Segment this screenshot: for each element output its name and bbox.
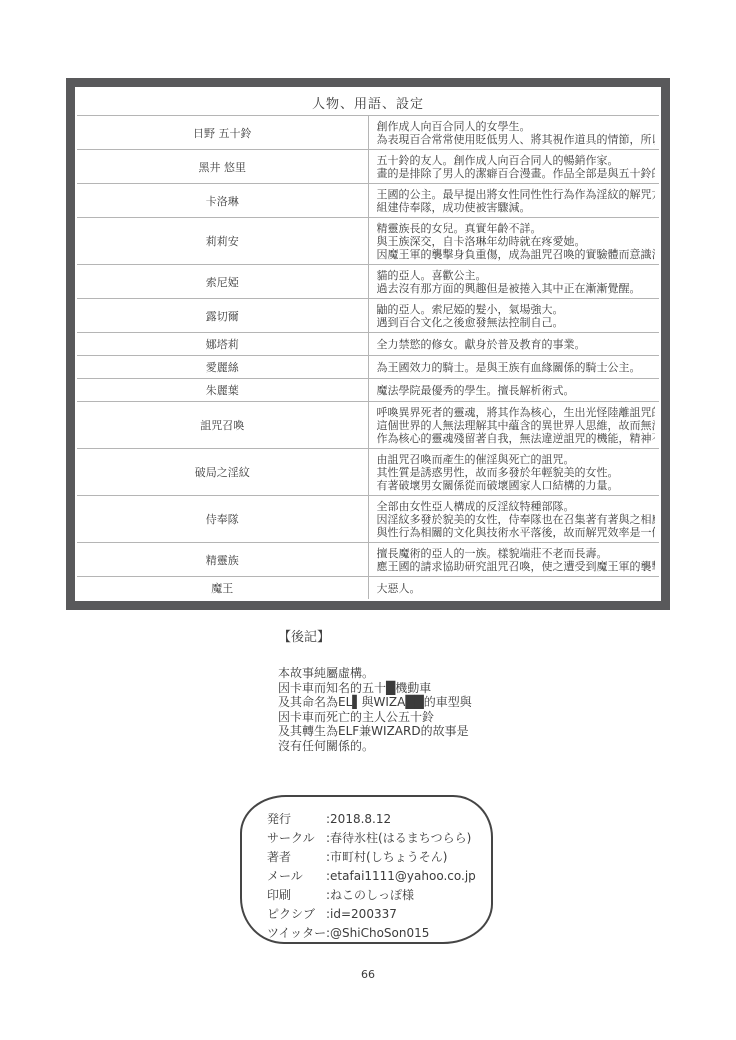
- afterword-section: 【後記】 本故事純屬虛構。 因卡車而知名的五十█機動車 及其命名為EL▌與WIZ…: [278, 630, 472, 753]
- table-row: 破局之淫紋 由詛咒召喚而產生的催淫與死亡的詛咒。 其性質是誘惑男性，故而多發於年…: [77, 449, 659, 496]
- term-name-cell: 破局之淫紋: [77, 449, 368, 496]
- afterword-line: 沒有任何關係的。: [278, 739, 472, 754]
- term-description-cell: 擅長魔術的亞人的一族。樣貌端莊不老而長壽。 應王國的請求協助研究詛咒召喚，使之遭…: [368, 543, 659, 577]
- description-line: 魔法學院最優秀的學生。擅長解析術式。: [377, 384, 656, 397]
- colophon-label: 著者: [267, 848, 326, 867]
- colophon-label: ピクシブ: [267, 905, 326, 924]
- description-line: 這個世界的人無法理解其中蘊含的異世界人思維，故而無法進行解析或防禦。: [377, 419, 656, 432]
- description-line: 組建侍奉隊，成功使被害驟減。: [377, 201, 656, 214]
- term-description-cell: 大惡人。: [368, 577, 659, 600]
- description-line: 由詛咒召喚而產生的催淫與死亡的詛咒。: [377, 453, 656, 466]
- description-line: 擅長魔術的亞人的一族。樣貌端莊不老而長壽。: [377, 547, 656, 560]
- table-row: 侍奉隊 全部由女性亞人構成的反淫紋特種部隊。 因淫紋多發於貌美的女性，侍奉隊也在…: [77, 496, 659, 543]
- afterword-title: 【後記】: [278, 630, 472, 646]
- term-description-cell: 精靈族長的女兒。真實年齡不詳。 與王族深交，自卡洛琳年幼時就在疼愛她。 因魔王軍…: [368, 218, 659, 265]
- description-line: 精靈族長的女兒。真實年齡不詳。: [377, 222, 656, 235]
- colophon-value: :ねこのしっぽ様: [326, 886, 414, 905]
- description-line: 作為核心的靈魂殘留著自我，無法違逆詛咒的機能，精神不會損耗。: [377, 432, 656, 445]
- description-line: 因魔王軍的襲擊身負重傷，成為詛咒召喚的實驗體而意識消失。: [377, 248, 656, 261]
- colophon-value: :2018.8.12: [326, 810, 391, 829]
- table-row: 索尼婭 貓的亞人。喜歡公主。 過去沒有那方面的興趣但是被捲入其中正在漸漸覺醒。: [77, 265, 659, 299]
- term-description-cell: 全力禁慾的修女。獻身於普及教育的事業。: [368, 333, 659, 356]
- colophon-value: :春待氷柱(はるまちつらら): [326, 829, 471, 848]
- description-line: 鼬的亞人。索尼婭的髮小，氣場強大。: [377, 303, 656, 316]
- description-line: 遇到百合文化之後愈發無法控制自己。: [377, 316, 656, 329]
- afterword-body: 本故事純屬虛構。 因卡車而知名的五十█機動車 及其命名為EL▌與WIZA██的車…: [278, 666, 472, 753]
- term-name-cell: 詛咒召喚: [77, 402, 368, 449]
- colophon-label: 発行: [267, 810, 326, 829]
- description-line: 大惡人。: [377, 582, 656, 595]
- description-line: 為表現百合常常使用貶低男人、將其視作道具的情節，所以也常常引發炎上。: [377, 133, 656, 146]
- term-name-cell: 精靈族: [77, 543, 368, 577]
- term-name-cell: 索尼婭: [77, 265, 368, 299]
- term-description-cell: 為王國效力的騎士。是與王族有血緣關係的騎士公主。: [368, 356, 659, 379]
- term-name-cell: 魔王: [77, 577, 368, 600]
- description-line: 全力禁慾的修女。獻身於普及教育的事業。: [377, 338, 656, 351]
- term-name-cell: 卡洛琳: [77, 184, 368, 218]
- description-line: 畫的是排除了男人的潔癖百合漫畫。作品全部是與五十鈴的妄想PLAY。: [377, 167, 656, 180]
- description-line: 全部由女性亞人構成的反淫紋特種部隊。: [377, 500, 656, 513]
- colophon-value: :@ShiChoSon015: [326, 924, 429, 943]
- description-line: 與王族深交，自卡洛琳年幼時就在疼愛她。: [377, 235, 656, 248]
- description-line: 有著破壞男女關係從而破壞國家人口結構的力量。: [377, 479, 656, 492]
- description-line: 與性行為相關的文化與技術水平落後，故而解咒效率是一個問題。: [377, 526, 656, 539]
- term-name-cell: 侍奉隊: [77, 496, 368, 543]
- term-description-cell: 全部由女性亞人構成的反淫紋特種部隊。 因淫紋多發於貌美的女性，侍奉隊也在召集著有…: [368, 496, 659, 543]
- term-description-cell: 創作成人向百合同人的女學生。 為表現百合常常使用貶低男人、將其視作道具的情節，所…: [368, 116, 659, 150]
- colophon-label: メール: [267, 867, 326, 886]
- term-name-cell: 露切爾: [77, 299, 368, 333]
- afterword-line: 及其命名為EL▌與WIZA██的車型與: [278, 695, 472, 710]
- colophon-value: :id=200337: [326, 905, 397, 924]
- term-name-cell: 娜塔莉: [77, 333, 368, 356]
- term-description-cell: 五十鈴的友人。創作成人向百合同人的暢銷作家。 畫的是排除了男人的潔癖百合漫畫。作…: [368, 150, 659, 184]
- description-line: 五十鈴的友人。創作成人向百合同人的暢銷作家。: [377, 154, 656, 167]
- afterword-line: 及其轉生為ELF兼WIZARD的故事是: [278, 724, 472, 739]
- afterword-line: 因卡車而死亡的主人公五十鈴: [278, 710, 472, 725]
- afterword-line: 因卡車而知名的五十█機動車: [278, 681, 472, 696]
- term-name-cell: 莉莉安: [77, 218, 368, 265]
- colophon-row: ピクシブ:id=200337: [267, 905, 491, 924]
- colophon-row: 印刷:ねこのしっぽ様: [267, 886, 491, 905]
- table-row: 魔王 大惡人。: [77, 577, 659, 600]
- term-description-cell: 貓的亞人。喜歡公主。 過去沒有那方面的興趣但是被捲入其中正在漸漸覺醒。: [368, 265, 659, 299]
- description-line: 因淫紋多發於貌美的女性，侍奉隊也在召集著有著與之相應容姿之人。: [377, 513, 656, 526]
- term-description-cell: 鼬的亞人。索尼婭的髮小，氣場強大。 遇到百合文化之後愈發無法控制自己。: [368, 299, 659, 333]
- table-row: 日野 五十鈴 創作成人向百合同人的女學生。 為表現百合常常使用貶低男人、將其視作…: [77, 116, 659, 150]
- term-name-cell: 日野 五十鈴: [77, 116, 368, 150]
- colophon-label: 印刷: [267, 886, 326, 905]
- description-line: 其性質是誘惑男性，故而多發於年輕貌美的女性。: [377, 466, 656, 479]
- table-title-row: 人物、用語、設定: [77, 89, 659, 116]
- table-title: 人物、用語、設定: [77, 89, 659, 116]
- description-line: 應王國的請求協助研究詛咒召喚，使之遭受到魔王軍的襲擊。: [377, 560, 656, 573]
- table-row: 莉莉安 精靈族長的女兒。真實年齡不詳。 與王族深交，自卡洛琳年幼時就在疼愛她。 …: [77, 218, 659, 265]
- colophon-value: :etafai1111@yahoo.co.jp: [326, 867, 476, 886]
- colophon-row: メール:etafai1111@yahoo.co.jp: [267, 867, 491, 886]
- colophon-label: ツイッター: [267, 924, 326, 943]
- term-description-cell: 魔法學院最優秀的學生。擅長解析術式。: [368, 379, 659, 402]
- table-row: 朱麗葉 魔法學院最優秀的學生。擅長解析術式。: [77, 379, 659, 402]
- description-line: 王國的公主。最早提出將女性同性性行為作為淫紋的解咒方法。: [377, 188, 656, 201]
- description-line: 呼喚異界死者的靈魂，將其作為核心，生出光怪陸離詛咒的秘術。: [377, 406, 656, 419]
- table-row: 愛麗絲 為王國效力的騎士。是與王族有血緣關係的騎士公主。: [77, 356, 659, 379]
- colophon-box: 発行:2018.8.12 サークル:春待氷柱(はるまちつらら) 著者:市町村(し…: [240, 795, 493, 944]
- table-row: 露切爾 鼬的亞人。索尼婭的髮小，氣場強大。 遇到百合文化之後愈發無法控制自己。: [77, 299, 659, 333]
- afterword-line: 本故事純屬虛構。: [278, 666, 472, 681]
- term-name-cell: 愛麗絲: [77, 356, 368, 379]
- colophon-label: サークル: [267, 829, 326, 848]
- term-name-cell: 黑井 悠里: [77, 150, 368, 184]
- colophon-row: ツイッター:@ShiChoSon015: [267, 924, 491, 943]
- description-line: 過去沒有那方面的興趣但是被捲入其中正在漸漸覺醒。: [377, 282, 656, 295]
- table-row: 詛咒召喚 呼喚異界死者的靈魂，將其作為核心，生出光怪陸離詛咒的秘術。 這個世界的…: [77, 402, 659, 449]
- colophon-row: 著者:市町村(しちょうそん): [267, 848, 491, 867]
- description-line: 創作成人向百合同人的女學生。: [377, 120, 656, 133]
- page-number: 66: [0, 968, 736, 981]
- term-description-cell: 呼喚異界死者的靈魂，將其作為核心，生出光怪陸離詛咒的秘術。 這個世界的人無法理解…: [368, 402, 659, 449]
- colophon-row: サークル:春待氷柱(はるまちつらら): [267, 829, 491, 848]
- description-line: 貓的亞人。喜歡公主。: [377, 269, 656, 282]
- character-glossary-table: 人物、用語、設定 日野 五十鈴 創作成人向百合同人的女學生。 為表現百合常常使用…: [66, 78, 670, 610]
- table-row: 娜塔莉 全力禁慾的修女。獻身於普及教育的事業。: [77, 333, 659, 356]
- table-row: 黑井 悠里 五十鈴的友人。創作成人向百合同人的暢銷作家。 畫的是排除了男人的潔癖…: [77, 150, 659, 184]
- colophon-value: :市町村(しちょうそん): [326, 848, 447, 867]
- colophon-row: 発行:2018.8.12: [267, 810, 491, 829]
- term-name-cell: 朱麗葉: [77, 379, 368, 402]
- term-description-cell: 由詛咒召喚而產生的催淫與死亡的詛咒。 其性質是誘惑男性，故而多發於年輕貌美的女性…: [368, 449, 659, 496]
- table-row: 卡洛琳 王國的公主。最早提出將女性同性性行為作為淫紋的解咒方法。 組建侍奉隊，成…: [77, 184, 659, 218]
- term-description-cell: 王國的公主。最早提出將女性同性性行為作為淫紋的解咒方法。 組建侍奉隊，成功使被害…: [368, 184, 659, 218]
- table-row: 精靈族 擅長魔術的亞人的一族。樣貌端莊不老而長壽。 應王國的請求協助研究詛咒召喚…: [77, 543, 659, 577]
- description-line: 為王國效力的騎士。是與王族有血緣關係的騎士公主。: [377, 361, 656, 374]
